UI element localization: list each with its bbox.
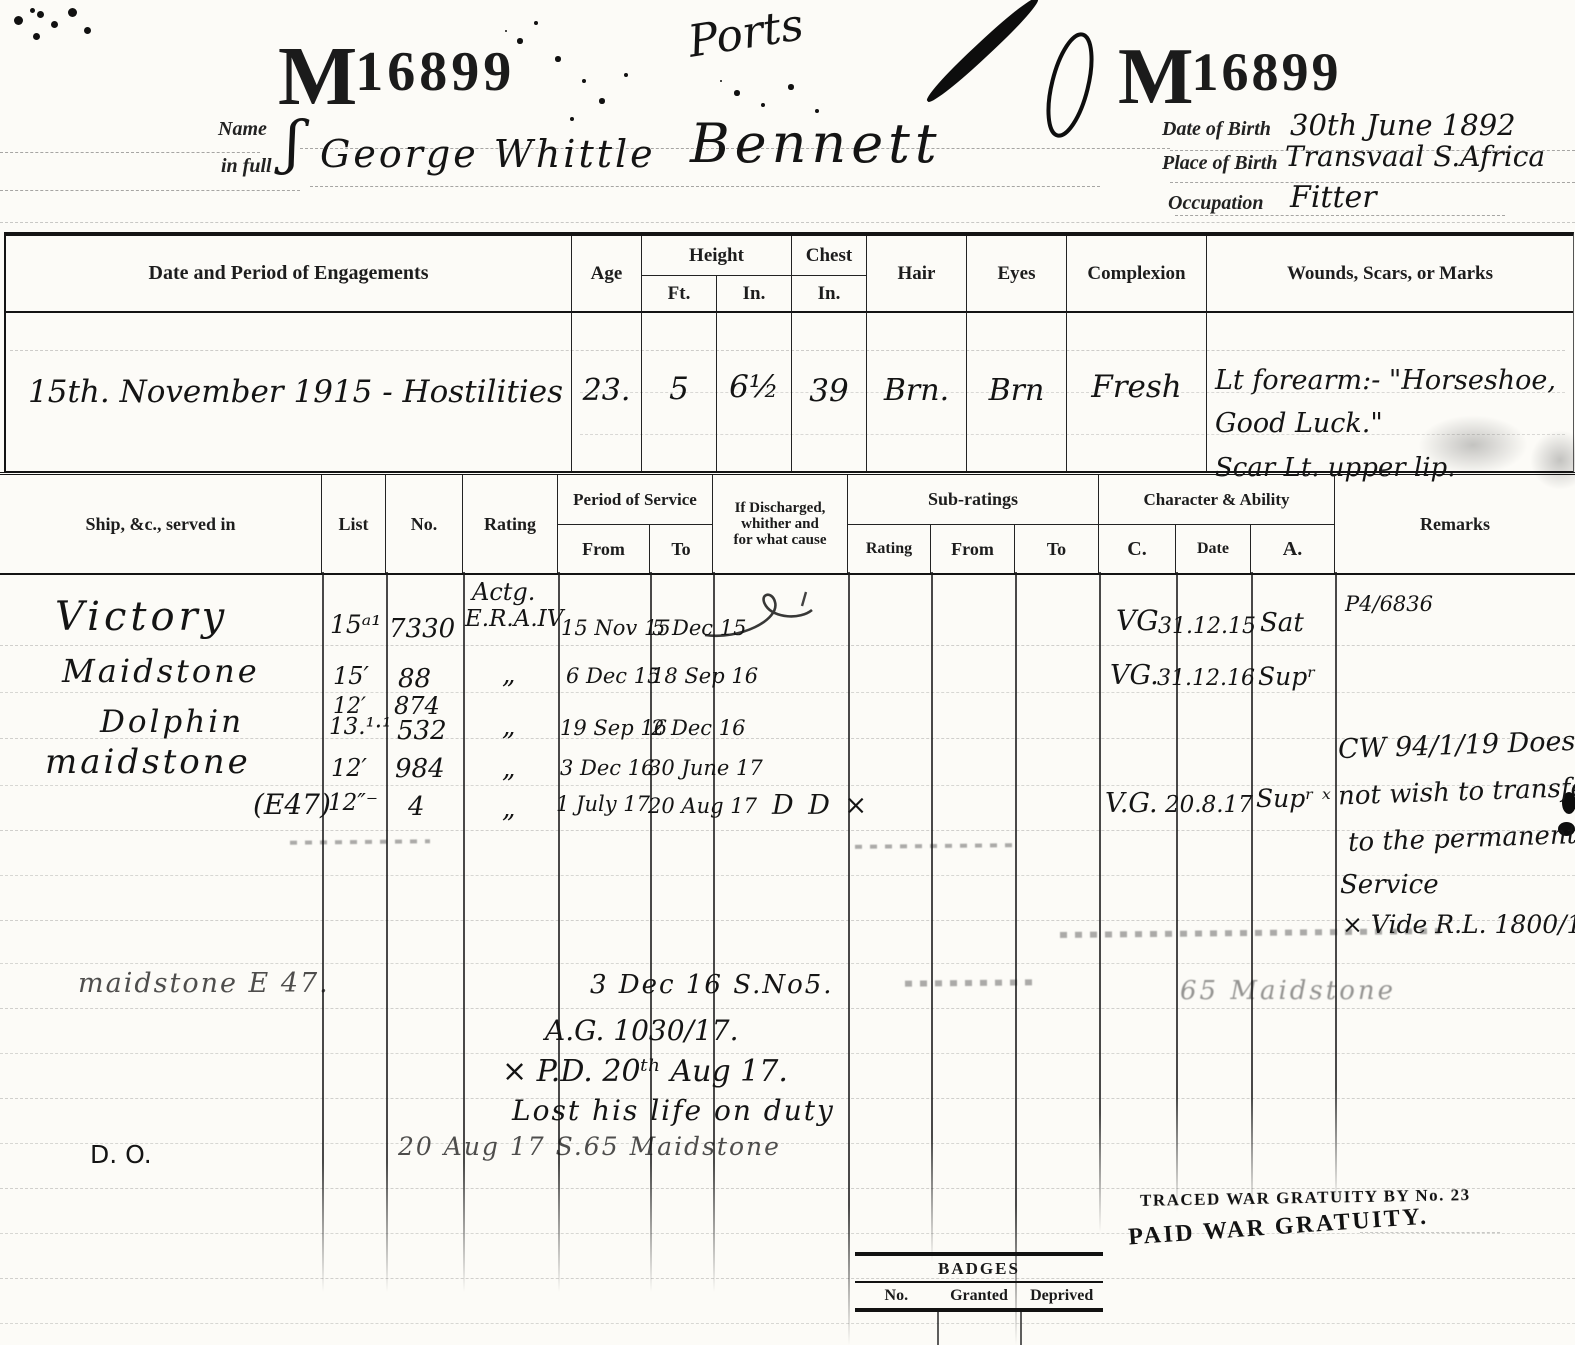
col-sub-to: To <box>1015 525 1099 573</box>
badges-title: BADGES <box>855 1252 1103 1283</box>
column-line <box>848 572 850 1345</box>
column-line <box>322 572 324 1292</box>
to-value: 2 Dec 16 <box>651 716 745 740</box>
occupation-label: Occupation <box>1168 192 1264 215</box>
name-label: Name <box>218 118 267 141</box>
col-sub-from: From <box>931 525 1015 573</box>
number-prefix: M <box>1118 33 1192 121</box>
chest-value: 39 <box>809 373 848 409</box>
col-age: Age <box>572 236 642 311</box>
to-value: 20 Aug 17 <box>648 794 757 818</box>
note-do-entry: 20 Aug 17 S.65 Maidstone <box>398 1132 781 1161</box>
height-in-cell: 6½ <box>717 311 792 471</box>
rating-value-line2: E.R.A.IV <box>465 606 563 632</box>
col-wounds: Wounds, Scars, or Marks <box>1207 236 1573 311</box>
ruled-line <box>0 1143 1575 1144</box>
no-value: 7330 <box>389 614 455 644</box>
ship-name: (E47) <box>253 788 331 821</box>
note-maidstone-e47: maidstone E 47. <box>78 968 330 999</box>
column-line <box>1335 572 1337 1202</box>
badges-table: BADGES No. Granted Deprived <box>855 1252 1103 1345</box>
pob-value: Transvaal S.Africa <box>1285 140 1545 173</box>
discharged-value: D D × <box>772 790 870 821</box>
ruled-line <box>0 875 1575 876</box>
col-eyes: Eyes <box>967 236 1067 311</box>
col-discharged: If Discharged, whither and for what caus… <box>713 475 848 573</box>
remark-value: P4/6836 <box>1345 592 1433 616</box>
ability-value: Supʳ ˣ <box>1256 784 1331 813</box>
ruled-line <box>0 1278 1575 1279</box>
col-period-of-service: Period of Service <box>558 475 713 525</box>
ruled-line <box>1175 215 1505 216</box>
badges-col-granted: Granted <box>938 1287 1021 1305</box>
service-table-body: Victory 15ᵃ¹ 7330 Actg. E.R.A.IV 15 Nov … <box>0 572 1575 1345</box>
illegible-scribble <box>855 843 1015 849</box>
complexion-cell: Fresh <box>1067 311 1207 471</box>
col-ship: Ship, &c., served in <box>0 475 322 573</box>
col-character-ability: Character & Ability <box>1099 475 1335 525</box>
column-line <box>1015 572 1017 1345</box>
ship-name: maidstone <box>45 742 251 782</box>
col-rating: Rating <box>463 475 558 573</box>
hair-value: Brn. <box>884 373 949 408</box>
service-table-header: Ship, &c., served in List No. Rating Per… <box>0 472 1575 575</box>
col-engagements: Date and Period of Engagements <box>6 236 572 311</box>
character-value: VG <box>1116 604 1159 637</box>
ruled-line <box>0 920 1575 921</box>
col-height-ft: Ft. <box>642 276 717 311</box>
speckle <box>720 80 722 82</box>
col-hair: Hair <box>867 236 967 311</box>
remarks-note-line3: to the permanent <box>1348 820 1575 858</box>
pen-flourish <box>700 580 820 650</box>
no-value: 4 <box>408 792 425 822</box>
list-value: 12″⁻ <box>328 790 378 816</box>
ruled-line <box>0 1323 1575 1324</box>
col-c: C. <box>1099 525 1176 573</box>
rating-value-line1: Actg. <box>472 578 535 606</box>
column-line <box>463 572 465 1292</box>
ability-value: Supʳ <box>1258 662 1316 691</box>
no-value: 984 <box>395 754 445 784</box>
engagements-table: Date and Period of Engagements Age Heigh… <box>4 232 1574 473</box>
dob-label: Date of Birth <box>1162 118 1271 141</box>
col-sub-rating: Rating <box>848 525 931 573</box>
col-subratings: Sub-ratings <box>848 475 1099 525</box>
list-value: 13.¹·¹ <box>329 714 391 740</box>
age-cell: 23. <box>572 311 642 471</box>
badges-col-deprived: Deprived <box>1020 1287 1103 1305</box>
dob-value: 30th June 1892 <box>1290 108 1516 142</box>
to-value: 30 June 17 <box>648 756 763 780</box>
ruled-line <box>0 830 1575 831</box>
no-value: 88 <box>398 664 431 694</box>
note-dec16: 3 Dec 16 S.No5. <box>590 970 834 1000</box>
col-complexion: Complexion <box>1067 236 1207 311</box>
column-line <box>558 572 560 1292</box>
col-date: Date <box>1176 525 1251 573</box>
note-faint-maidstone: 65 Maidstone <box>1180 976 1396 1006</box>
remarks-note-line2: not wish to transfer <box>1338 772 1575 811</box>
eyes-cell: Brn <box>967 311 1067 471</box>
ruled-line <box>580 434 1565 435</box>
hair-cell: Brn. <box>867 311 967 471</box>
ruled-line <box>580 392 1565 393</box>
no-value: 532 <box>397 716 447 746</box>
engagement-period: 15th. November 1915 - Hostilities <box>6 374 563 410</box>
rating-ditto: „ <box>502 660 515 690</box>
ink-loop <box>1025 25 1115 145</box>
complexion-value: Fresh <box>1091 369 1182 405</box>
col-list: List <box>322 475 386 573</box>
pob-label: Place of Birth <box>1162 152 1278 175</box>
note-do-label: D. O. <box>90 1140 152 1169</box>
col-pos-to: To <box>650 525 713 573</box>
height-ft-value: 5 <box>669 371 689 407</box>
speckle <box>30 8 35 13</box>
port-division: Ports <box>685 0 807 68</box>
ruled-line <box>1170 182 1575 183</box>
character-value: VG. <box>1110 660 1159 691</box>
ship-name: Victory <box>55 594 228 640</box>
name-label-in-full: in full <box>221 155 272 178</box>
character-value: V.G. <box>1105 788 1158 819</box>
character-date: 31.12.15 <box>1158 614 1256 639</box>
note-pd: × P.D. 20ᵗʰ Aug 17. <box>502 1054 788 1089</box>
service-record-document: M16899 Ports M16899 Name in full ʃ Georg… <box>0 0 1575 1345</box>
ruled-line <box>0 222 1575 223</box>
badges-col-no: No. <box>855 1287 938 1305</box>
chest-cell: 39 <box>792 311 867 471</box>
ship-name: Dolphin <box>100 704 244 740</box>
eyes-value: Brn <box>989 373 1045 408</box>
name-first: George Whittle <box>320 132 656 176</box>
rating-ditto: „ <box>502 712 515 742</box>
from-value: 6 Dec 15 <box>566 664 660 688</box>
note-ag: A.G. 1030/17. <box>545 1014 739 1047</box>
height-in-value: 6½ <box>729 369 779 405</box>
to-value: 18 Sep 16 <box>651 664 758 688</box>
col-chest-in: In. <box>792 276 867 311</box>
occupation-value: Fitter <box>1290 180 1377 215</box>
official-number-left: M16899 <box>278 28 515 125</box>
height-ft-cell: 5 <box>642 311 717 471</box>
engagement-period-cell: 15th. November 1915 - Hostilities <box>6 311 572 471</box>
character-date: 31.12.16 <box>1157 666 1255 691</box>
list-value: 12′ <box>331 754 367 782</box>
wounds-cell: Lt forearm:- "Horseshoe, Good Luck." Sca… <box>1207 311 1573 471</box>
ruled-line <box>0 152 260 153</box>
list-value: 15ᵃ¹ <box>330 610 381 639</box>
ship-name: Maidstone <box>62 652 260 690</box>
paid-war-gratuity-stamp: PAID WAR GRATUITY. <box>1127 1204 1429 1252</box>
ruled-line <box>0 692 1575 693</box>
ruled-line <box>300 148 1170 149</box>
ruled-line <box>1170 150 1575 151</box>
col-height: Height <box>642 236 792 276</box>
col-no: No. <box>386 475 463 573</box>
name-surname: Bennett <box>690 112 942 175</box>
number-digits: 16899 <box>1192 42 1342 102</box>
column-line <box>931 572 933 1262</box>
ability-value: Sat <box>1260 608 1304 638</box>
ruled-line <box>310 186 1100 187</box>
badges-empty-cells <box>855 1312 1103 1345</box>
list-value: 15′ <box>333 662 369 690</box>
ruled-line <box>1360 1232 1500 1233</box>
ruled-line <box>0 190 300 191</box>
col-chest: Chest <box>792 236 867 276</box>
character-date: 20.8.17 <box>1165 792 1253 818</box>
ruled-line <box>0 1008 1575 1009</box>
note-lost-his-life: Lost his life on duty <box>512 1094 835 1127</box>
from-value: 3 Dec 16 <box>560 756 654 780</box>
number-digits: 16899 <box>355 41 515 103</box>
rating-ditto: „ <box>502 754 515 784</box>
age-value: 23. <box>583 373 631 408</box>
remarks-note-line4: Service <box>1340 870 1439 900</box>
column-line <box>386 572 388 1292</box>
illegible-scribble <box>290 839 430 844</box>
col-pos-from: From <box>558 525 650 573</box>
ruled-line <box>10 350 1565 351</box>
col-a: A. <box>1251 525 1335 573</box>
column-line <box>1099 572 1101 1232</box>
name-brace: ʃ <box>285 108 301 176</box>
col-remarks: Remarks <box>1335 475 1575 573</box>
remarks-note-line1: CW 94/1/19 Does <box>1338 726 1575 765</box>
from-value: 1 July 17 <box>556 792 650 816</box>
rating-ditto: „ <box>502 794 515 824</box>
ruled-line <box>0 963 1575 964</box>
col-height-in: In. <box>717 276 792 311</box>
